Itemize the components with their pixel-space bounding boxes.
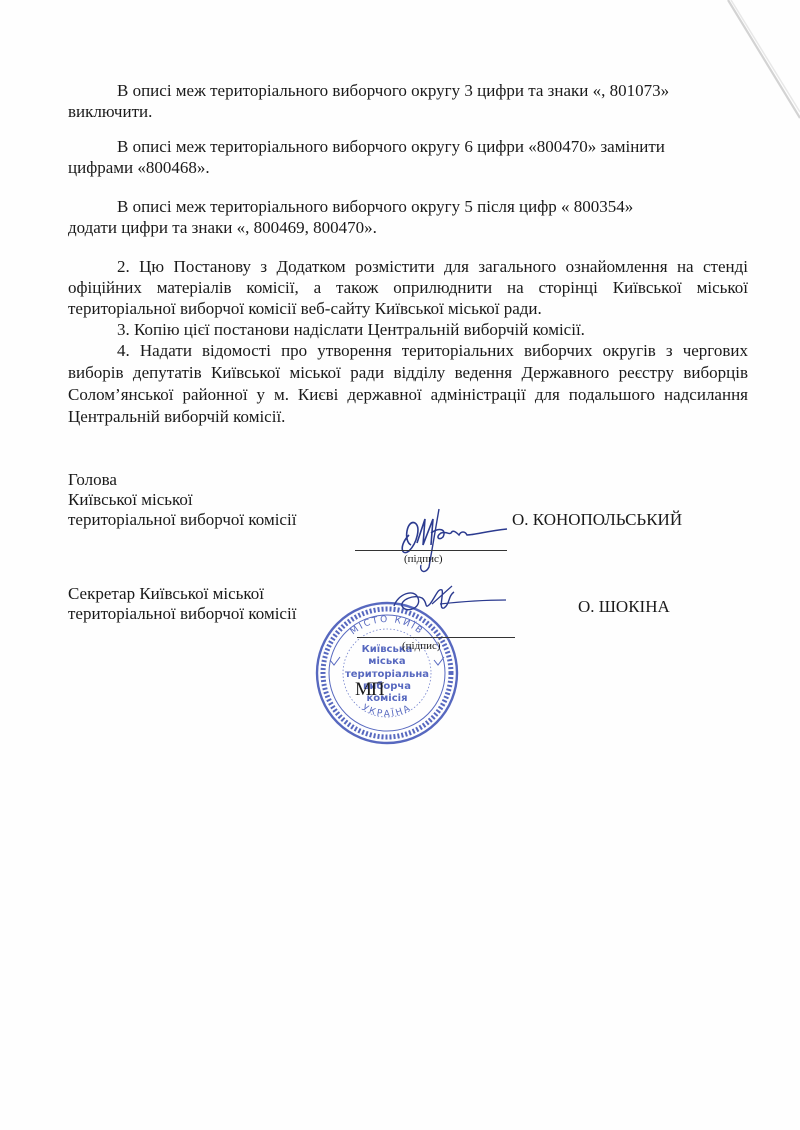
amendment-text-line1: В описі меж територіального виборчого ок…: [117, 197, 633, 216]
amendment-paragraph-district-6: В описі меж територіального виборчого ок…: [68, 137, 748, 178]
resolution-item-2: 2. Цю Постанову з Додатком розмістити дл…: [68, 256, 748, 319]
svg-text:УКРАЇНА: УКРАЇНА: [360, 703, 413, 720]
chair-title-line3: територіальної виборчої комісії: [68, 510, 296, 530]
chair-title-line1: Голова: [68, 470, 296, 490]
amendment-text-line2: додати цифри та знаки «, 800469, 800470»…: [68, 218, 748, 239]
resolution-item-4: 4. Надати відомості про утворення терито…: [68, 340, 748, 428]
chair-signature-caption: (підпис): [404, 553, 443, 565]
amendment-paragraph-district-3: В описі меж територіального виборчого ок…: [68, 81, 748, 122]
secretary-handwritten-signature: [388, 584, 508, 624]
seal-place-mark: МП: [355, 680, 384, 700]
amendment-text-line1: В описі меж територіального виборчого ок…: [117, 81, 669, 100]
chair-name: О. КОНОПОЛЬСЬКИЙ: [512, 510, 682, 530]
secretary-signature-line: [357, 637, 515, 638]
svg-text:МІСТО КИЇВ: МІСТО КИЇВ: [349, 615, 425, 637]
amendment-paragraph-district-5: В описі меж територіального виборчого ок…: [68, 197, 748, 238]
secretary-title-line1: Секретар Київської міської: [68, 584, 296, 604]
chair-signature-line: [355, 550, 507, 551]
official-stamp: МІСТО КИЇВ УКРАЇНА Київська міська терит…: [314, 600, 460, 746]
amendment-text-line1: В описі меж територіального виборчого ок…: [117, 137, 665, 156]
secretary-title-line2: територіальної виборчої комісії: [68, 604, 296, 624]
secretary-name: О. ШОКІНА: [578, 597, 670, 617]
amendment-text-line2: цифрами «800468».: [68, 158, 748, 179]
chair-title-line2: Київської міської: [68, 490, 296, 510]
document-page: В описі меж територіального виборчого ок…: [0, 0, 800, 1130]
secretary-signature-caption: (підпис): [402, 640, 441, 652]
stamp-line2: міська: [368, 656, 405, 667]
secretary-title: Секретар Київської міської територіально…: [68, 584, 296, 624]
resolution-item-3: 3. Копію цієї постанови надіслати Центра…: [68, 319, 748, 340]
amendment-text-line2: виключити.: [68, 102, 748, 123]
chair-title: Голова Київської міської територіальної …: [68, 470, 296, 530]
